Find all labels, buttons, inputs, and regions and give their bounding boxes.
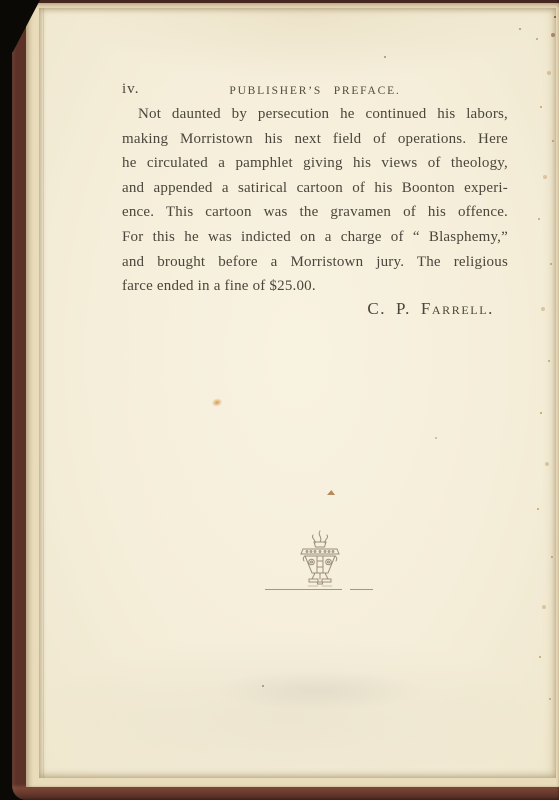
page-header: iv. PUBLISHER’S PREFACE. bbox=[122, 76, 508, 98]
paper-stain bbox=[327, 490, 335, 495]
text-line: For this he was indicted on a charge of … bbox=[122, 225, 508, 250]
text-line: and brought before a Morristown jury. Th… bbox=[122, 250, 508, 275]
scanned-book-page: iv. PUBLISHER’S PREFACE. Not daunted by … bbox=[0, 0, 559, 800]
foxing-specks bbox=[39, 8, 41, 10]
book-page: iv. PUBLISHER’S PREFACE. Not daunted by … bbox=[39, 8, 556, 778]
ornament-rule-left bbox=[265, 589, 342, 590]
text-line: making Morristown his next field of oper… bbox=[122, 127, 508, 152]
ornament-rule-right bbox=[350, 589, 373, 590]
page-crease bbox=[43, 8, 44, 778]
paper-stain bbox=[210, 397, 224, 409]
text-line: Not daunted by persecution he continued … bbox=[122, 102, 508, 127]
urn-ornament-icon bbox=[265, 522, 415, 597]
signature: C. P. Farrell. bbox=[122, 297, 508, 322]
running-head: PUBLISHER’S PREFACE. bbox=[122, 85, 508, 97]
text-line: he circulated a pamphlet giving his view… bbox=[122, 151, 508, 176]
text-line: ence. This cartoon was the gravamen of h… bbox=[122, 200, 508, 225]
text-line: and appended a satirical cartoon of his … bbox=[122, 176, 508, 201]
paper-smudge bbox=[179, 663, 459, 718]
text-line: farce ended in a fine of $25.00. bbox=[122, 274, 508, 299]
preface-paragraph: Not daunted by persecution he continued … bbox=[122, 102, 508, 321]
